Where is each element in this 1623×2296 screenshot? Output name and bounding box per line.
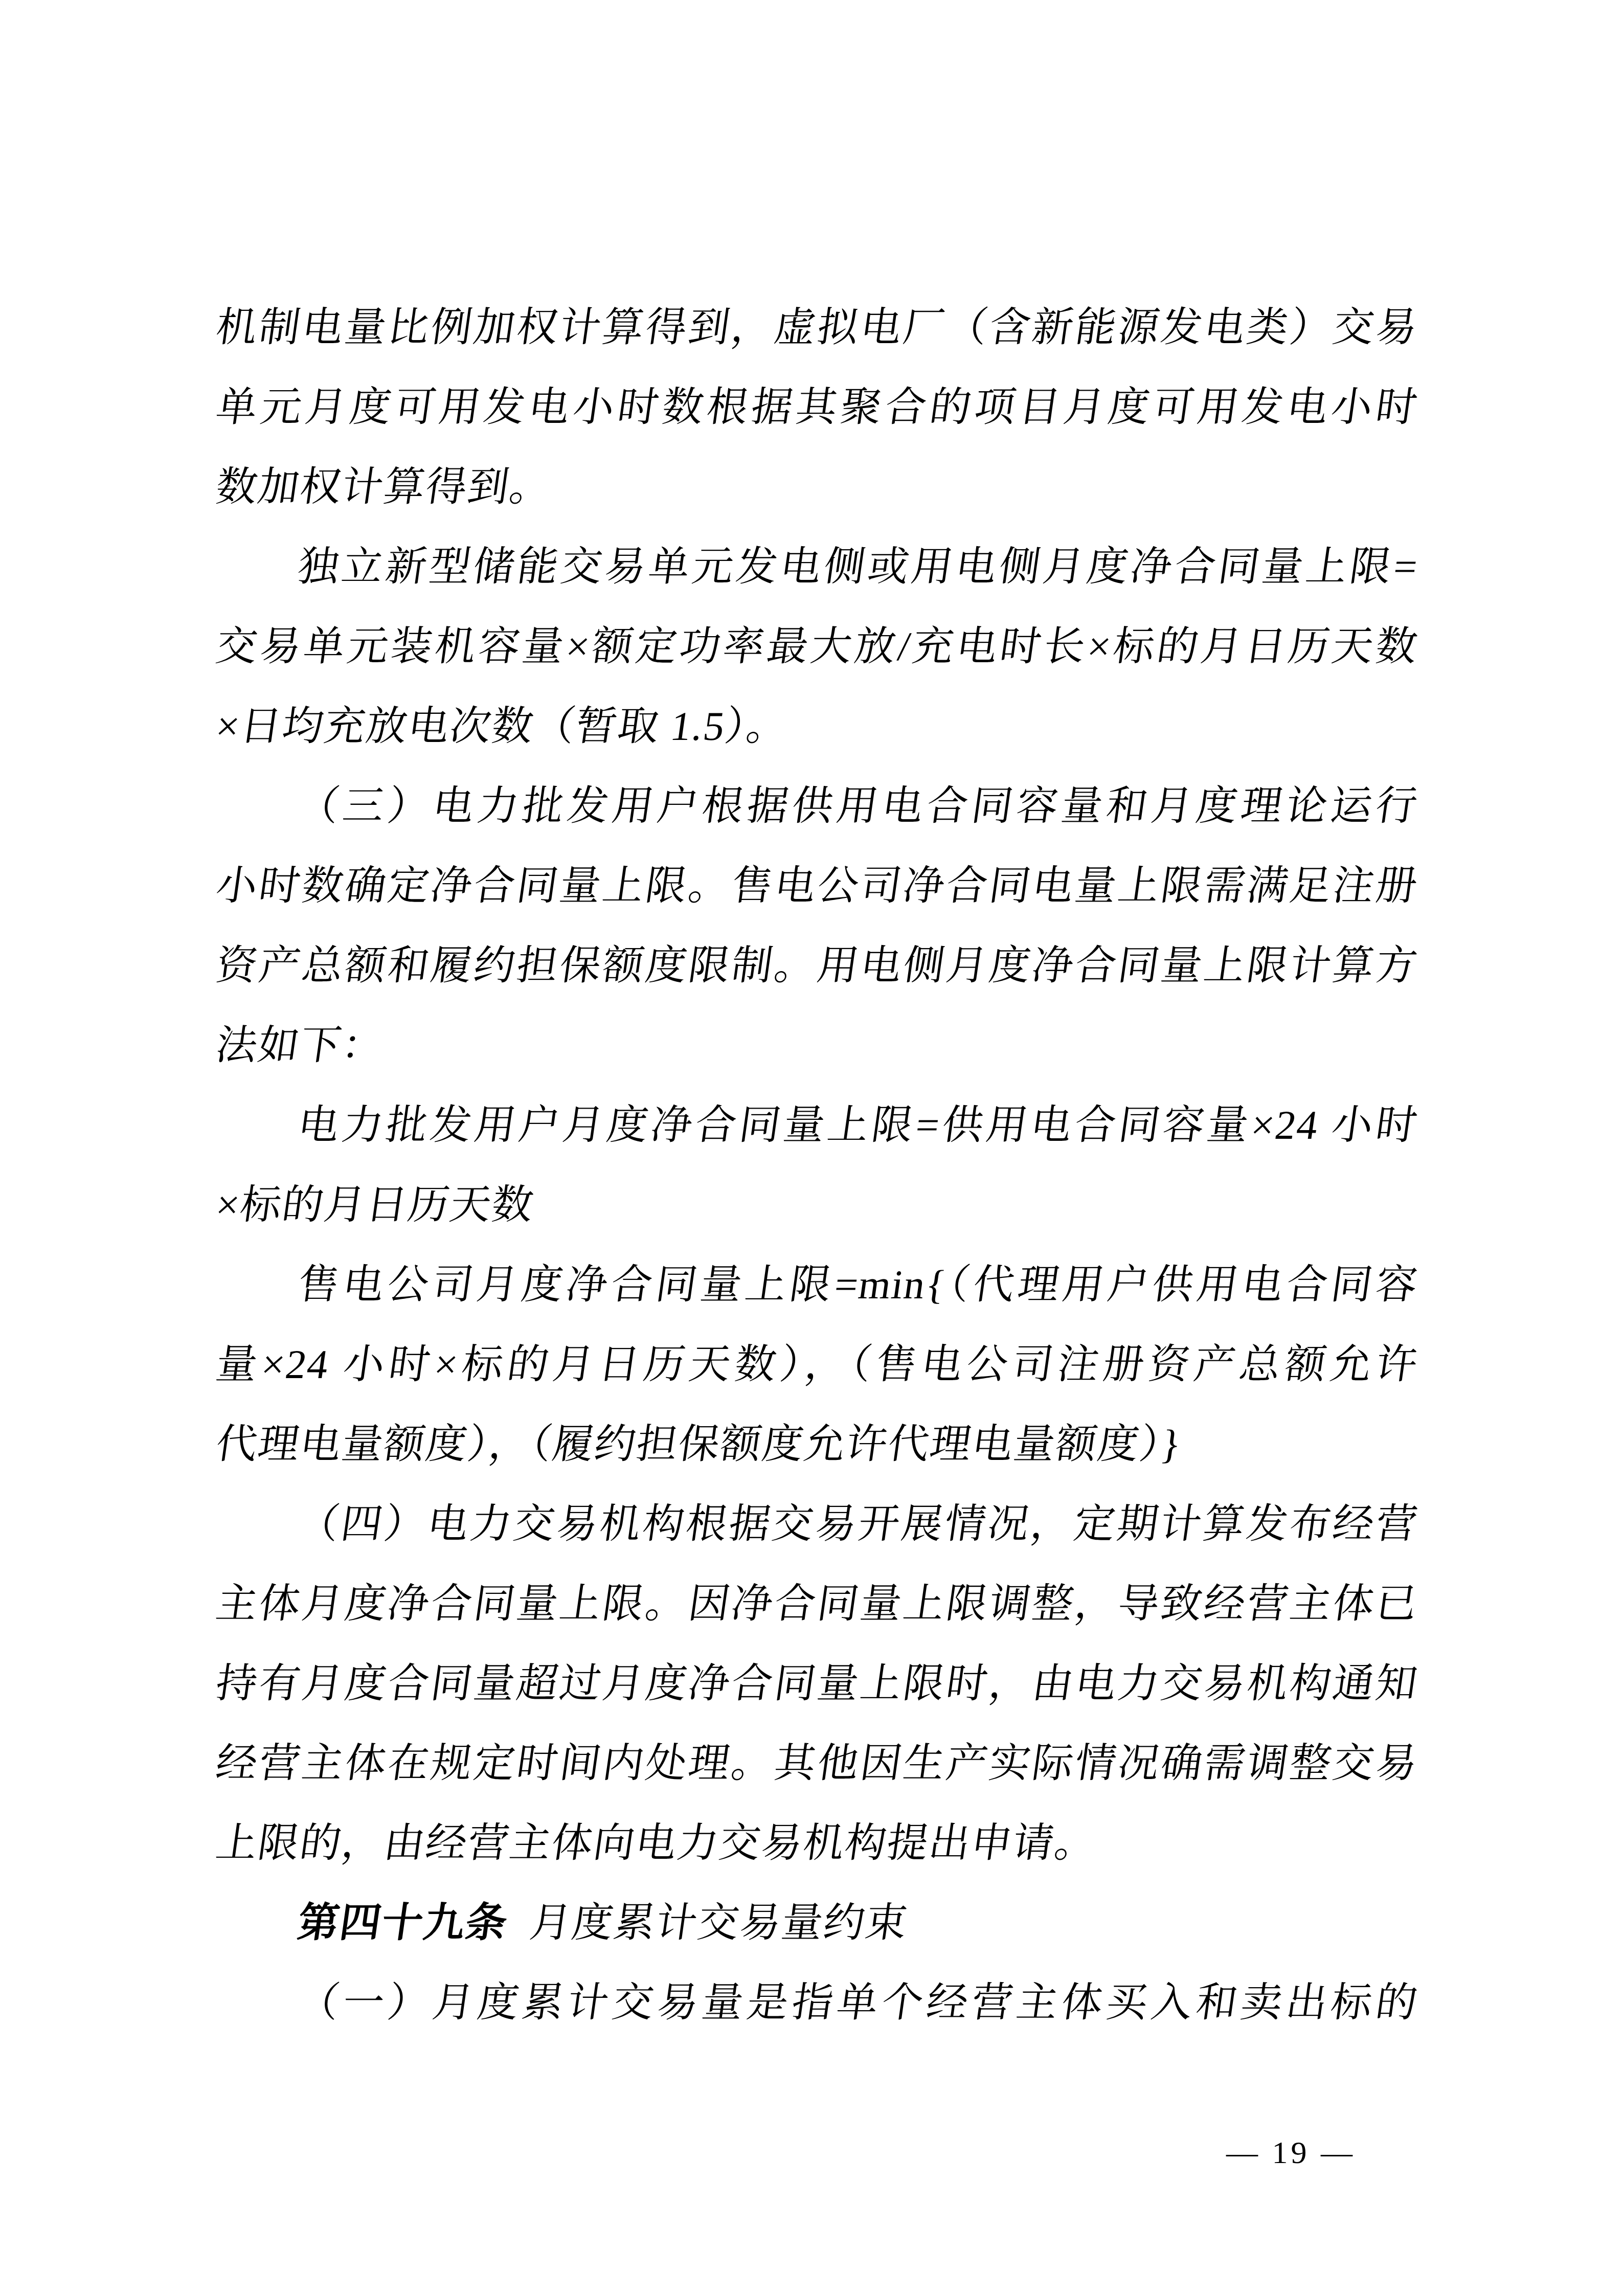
page-number: — 19 — [1226,2132,1356,2173]
article-heading-title: 月度累计交易量约束 [527,1901,911,1946]
text-line: 独立新型储能交易单元发电侧或用电侧月度净合同量上限= [211,527,1424,607]
text-line: 小时数确定净合同量上限。售电公司净合同电量上限需满足注册 [211,846,1424,926]
document-page: 机制电量比例加权计算得到，虚拟电厂（含新能源发电类）交易 单元月度可用发电小时数… [0,0,1623,2296]
text-line: 售电公司月度净合同量上限=min{（代理用户供用电合同容 [211,1245,1424,1325]
text-line: 机制电量比例加权计算得到，虚拟电厂（含新能源发电类）交易 [211,288,1424,368]
text-line: 持有月度合同量超过月度净合同量上限时，由电力交易机构通知 [211,1644,1424,1724]
text-line: 经营主体在规定时间内处理。其他因生产实际情况确需调整交易 [211,1724,1424,1804]
text-line: （四）电力交易机构根据交易开展情况，定期计算发布经营 [211,1484,1424,1564]
article-heading-number: 第四十九条 [295,1901,511,1946]
text-line: （一）月度累计交易量是指单个经营主体买入和卖出标的 [211,1963,1424,2043]
text-line: 数加权计算得到。 [211,447,1424,527]
text-line: 量×24 小时×标的月日历天数），（售电公司注册资产总额允许 [211,1325,1424,1405]
text-line: ×标的月日历天数 [211,1165,1424,1245]
document-body: 机制电量比例加权计算得到，虚拟电厂（含新能源发电类）交易 单元月度可用发电小时数… [216,288,1418,2043]
text-line: 单元月度可用发电小时数根据其聚合的项目月度可用发电小时 [211,368,1424,447]
article-heading: 第四十九条月度累计交易量约束 [211,1883,1424,1963]
text-line: 法如下： [211,1006,1424,1086]
text-line: 资产总额和履约担保额度限制。用电侧月度净合同量上限计算方 [211,926,1424,1006]
text-line: ×日均充放电次数（暂取 1.5）。 [211,687,1424,767]
text-line: （三）电力批发用户根据供用电合同容量和月度理论运行 [211,767,1424,846]
text-line: 交易单元装机容量×额定功率最大放/充电时长×标的月日历天数 [211,607,1424,687]
text-line: 代理电量额度），（履约担保额度允许代理电量额度）} [211,1405,1424,1484]
text-line: 电力批发用户月度净合同量上限=供用电合同容量×24 小时 [211,1086,1424,1165]
text-line: 上限的，由经营主体向电力交易机构提出申请。 [211,1804,1424,1883]
text-line: 主体月度净合同量上限。因净合同量上限调整，导致经营主体已 [211,1564,1424,1644]
